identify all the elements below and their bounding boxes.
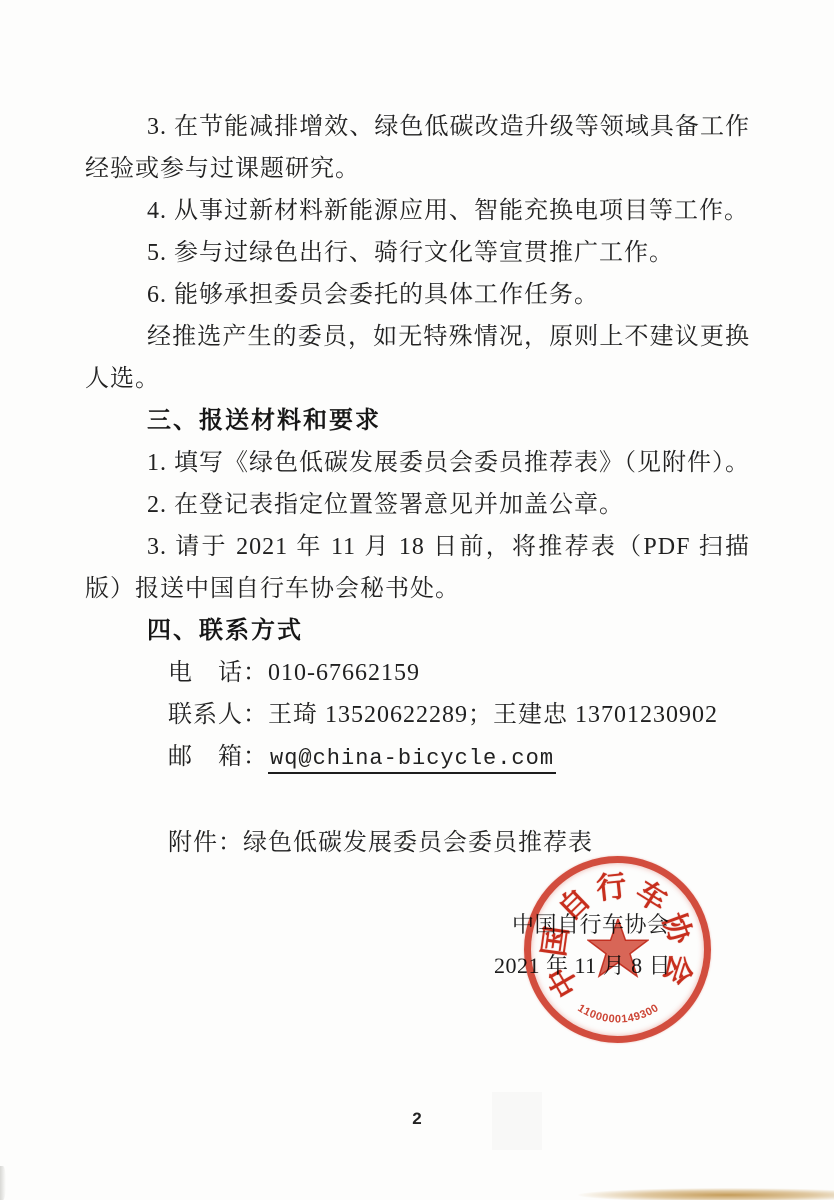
note-paragraph: 经推选产生的委员，如无特殊情况，原则上不建议更换人选。	[85, 316, 750, 400]
attachment-line: 附件：绿色低碳发展委员会委员推荐表	[85, 822, 750, 864]
seal-serial-digit: 3	[638, 1008, 648, 1020]
seal-serial-digit: 0	[600, 1012, 608, 1024]
email-address: wq@china-bicycle.com	[268, 746, 556, 774]
contacts-line: 联系人：王琦 13520622289；王建忠 13701230902	[85, 694, 750, 736]
contacts-value: 王琦 13520622289；王建忠 13701230902	[268, 702, 718, 728]
email-label: 邮 箱：	[168, 744, 268, 770]
seal-serial-digit: 0	[644, 1006, 654, 1019]
document-body: 3. 在节能减排增效、绿色低碳改造升级等领域具备工作经验或参与过课题研究。 4.…	[85, 106, 750, 864]
signature-organization: 中国自行车协会	[512, 908, 670, 939]
seal-serial-digit: 0	[614, 1014, 620, 1025]
seal-ring-char: 行	[595, 871, 628, 904]
phone-label: 电 话：	[168, 660, 268, 686]
scan-left-edge-artifact	[0, 1166, 6, 1200]
list-item-4: 4. 从事过新材料新能源应用、智能充换电项目等工作。	[85, 190, 750, 232]
scan-page-edge-artifact	[578, 1188, 834, 1200]
contacts-label: 联系人：	[168, 702, 268, 728]
list-item-5: 5. 参与过绿色出行、骑行文化等宣贯推广工作。	[85, 232, 750, 274]
scan-shadow-artifact	[492, 1092, 542, 1150]
phone-line: 电 话：010-67662159	[85, 652, 750, 694]
email-line: 邮 箱：wq@china-bicycle.com	[85, 736, 750, 780]
section-4-heading: 四、联系方式	[85, 610, 750, 652]
requirement-2: 2. 在登记表指定位置签署意见并加盖公章。	[85, 484, 750, 526]
requirement-3: 3. 请于 2021 年 11 月 18 日前，将推荐表（PDF 扫描版）报送中…	[85, 526, 750, 610]
page-number: 2	[0, 1109, 834, 1129]
scanned-document-page: 3. 在节能减排增效、绿色低碳改造升级等领域具备工作经验或参与过课题研究。 4.…	[0, 0, 834, 1200]
seal-serial-digit: 9	[632, 1011, 641, 1023]
seal-serial-digit: 1	[620, 1013, 627, 1025]
seal-serial-digit: 0	[607, 1013, 614, 1025]
seal-serial-digit: 1	[581, 1006, 591, 1019]
seal-serial-digit: 0	[594, 1011, 603, 1023]
requirement-1: 1. 填写《绿色低碳发展委员会委员推荐表》（见附件）。	[85, 442, 750, 484]
seal-serial-digit: 1	[575, 1003, 586, 1016]
seal-serial-digit: 0	[649, 1003, 660, 1016]
section-3-heading: 三、报送材料和要求	[85, 400, 750, 442]
list-item-6: 6. 能够承担委员会委托的具体工作任务。	[85, 274, 750, 316]
list-item-3: 3. 在节能减排增效、绿色低碳改造升级等领域具备工作经验或参与过课题研究。	[85, 106, 750, 190]
seal-serial-digit: 0	[587, 1008, 597, 1020]
phone-number: 010-67662159	[268, 660, 420, 686]
seal-serial-digit: 4	[626, 1012, 634, 1024]
signature-date: 2021 年 11 月 8 日	[494, 949, 671, 980]
